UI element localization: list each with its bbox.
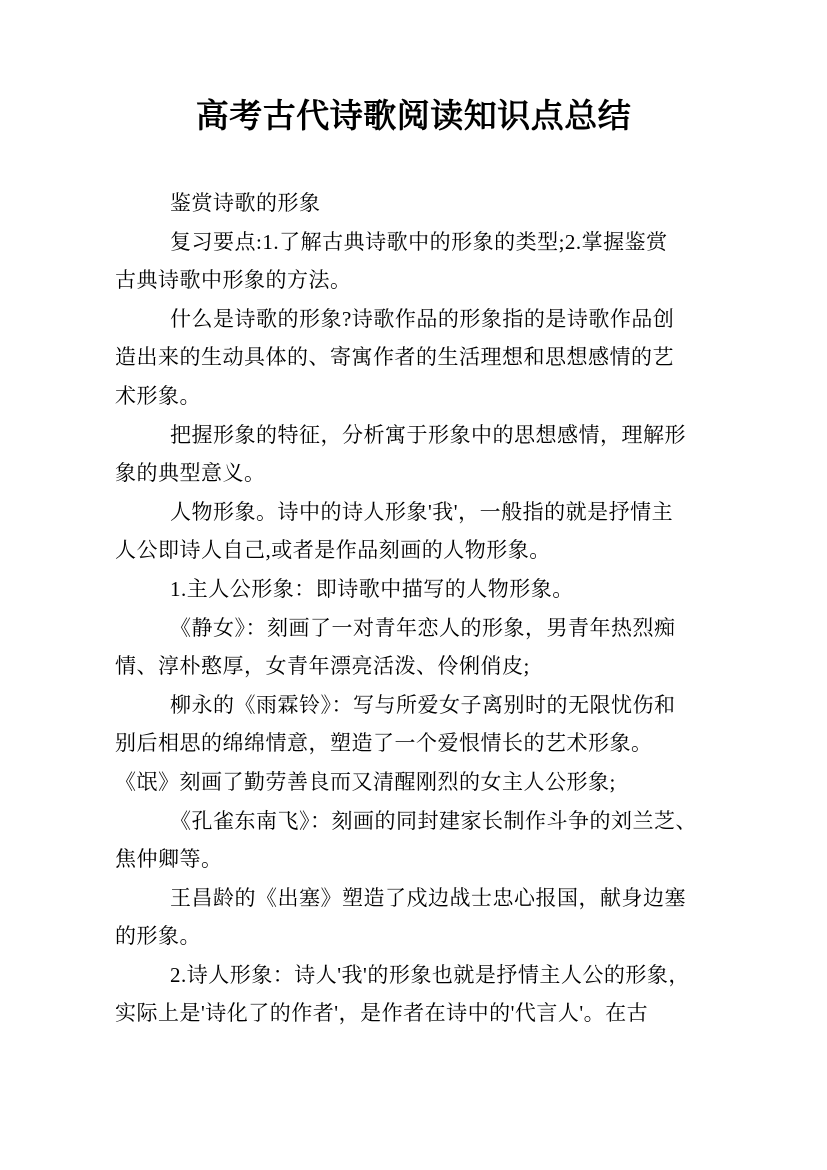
- text-line: 《孔雀东南飞》：刻画的同封建家长制作斗争的刘兰芝、: [115, 802, 719, 841]
- text-line: 情、淳朴憨厚，女青年漂亮活泼、伶俐俏皮;: [115, 647, 719, 686]
- text-line: 焦仲卿等。: [115, 840, 719, 879]
- document-body: 鉴赏诗歌的形象 复习要点:1.了解古典诗歌中的形象的类型;2.掌握鉴赏 古典诗歌…: [115, 184, 719, 1033]
- text-line: 2.诗人形象：诗人'我'的形象也就是抒情主人公的形象，: [115, 956, 719, 995]
- text-line: 人物形象。诗中的诗人形象'我'，一般指的就是抒情主: [115, 493, 719, 532]
- text-line: 1.主人公形象：即诗歌中描写的人物形象。: [115, 570, 719, 609]
- text-line: 别后相思的绵绵情意，塑造了一个爱恨情长的艺术形象。: [115, 724, 719, 763]
- text-line: 把握形象的特征，分析寓于形象中的思想感情，理解形: [115, 416, 719, 455]
- text-line: 《氓》刻画了勤劳善良而又清醒刚烈的女主人公形象;: [115, 763, 719, 802]
- document-title: 高考古代诗歌阅读知识点总结: [0, 0, 827, 137]
- text-line: 什么是诗歌的形象?诗歌作品的形象指的是诗歌作品创: [115, 300, 719, 339]
- text-line: 的形象。: [115, 917, 719, 956]
- text-line: 鉴赏诗歌的形象: [115, 184, 719, 223]
- text-line: 古典诗歌中形象的方法。: [115, 261, 719, 300]
- text-line: 《静女》：刻画了一对青年恋人的形象，男青年热烈痴: [115, 609, 719, 648]
- text-line: 造出来的生动具体的、寄寓作者的生活理想和思想感情的艺: [115, 338, 719, 377]
- text-line: 王昌龄的《出塞》塑造了戍边战士忠心报国，献身边塞: [115, 879, 719, 918]
- text-line: 复习要点:1.了解古典诗歌中的形象的类型;2.掌握鉴赏: [115, 223, 719, 262]
- text-line: 实际上是'诗化了的作者'，是作者在诗中的'代言人'。在古: [115, 994, 719, 1033]
- text-line: 柳永的《雨霖铃》：写与所爱女子离别时的无限忧伤和: [115, 686, 719, 725]
- text-line: 术形象。: [115, 377, 719, 416]
- document-page: 高考古代诗歌阅读知识点总结 鉴赏诗歌的形象 复习要点:1.了解古典诗歌中的形象的…: [0, 0, 827, 1170]
- text-line: 人公即诗人自己,或者是作品刻画的人物形象。: [115, 531, 719, 570]
- text-line: 象的典型意义。: [115, 454, 719, 493]
